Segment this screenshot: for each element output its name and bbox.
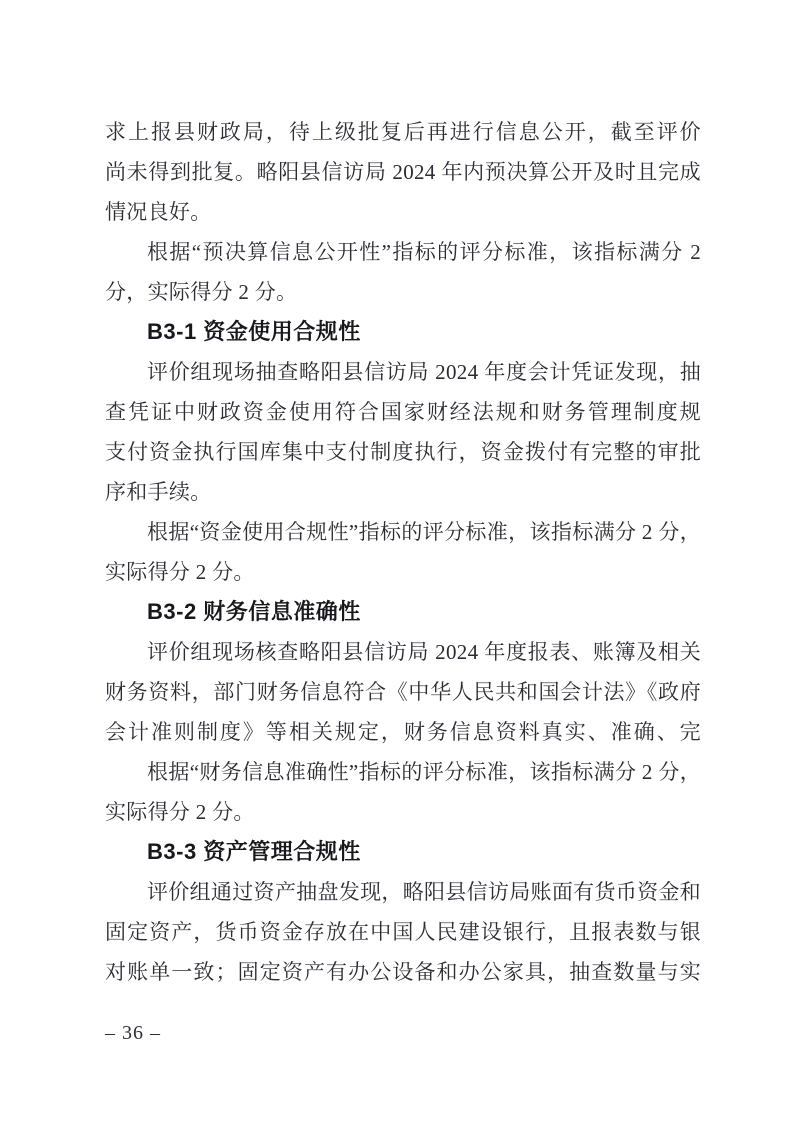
document-page: 求上报县财政局，待上级批复后再进行信息公开，截至评价日，尚未得到批复。略阳县信访… (0, 0, 793, 1122)
paragraph: 根据“财务信息准确性”指标的评分标准，该指标满分 2 分，实际得分 2 分。 (105, 752, 701, 832)
document-body: 求上报县财政局，待上级批复后再进行信息公开，截至评价日，尚未得到批复。略阳县信访… (105, 112, 701, 992)
text-line: 根据“资金使用合规性”指标的评分标准，该指标满分 2 分， (105, 512, 701, 552)
paragraph: 评价组现场核查略阳县信访局 2024 年度报表、账簿及相关财务资料，部门财务信息… (105, 632, 701, 752)
paragraph: 根据“预决算信息公开性”指标的评分标准，该指标满分 2分，实际得分 2 分。 (105, 232, 701, 312)
text-line: 情况良好。 (105, 192, 701, 232)
text-line: 根据“财务信息准确性”指标的评分标准，该指标满分 2 分， (105, 752, 701, 792)
text-line: 序和手续。 (105, 472, 701, 512)
text-line: 支付资金执行国库集中支付制度执行，资金拨付有完整的审批程 (105, 432, 701, 472)
text-line: 根据“预决算信息公开性”指标的评分标准，该指标满分 2 (105, 232, 701, 272)
section-heading: B3-3 资产管理合规性 (105, 832, 701, 872)
text-line: 评价组通过资产抽盘发现，略阳县信访局账面有货币资金和 (105, 872, 701, 912)
section-heading: B3-2 财务信息准确性 (105, 592, 701, 632)
text-line: 评价组现场抽查略阳县信访局 2024 年度会计凭证发现，抽 (105, 352, 701, 392)
text-line: 固定资产，货币资金存放在中国人民建设银行，且报表数与银行 (105, 912, 701, 952)
paragraph: 根据“资金使用合规性”指标的评分标准，该指标满分 2 分，实际得分 2 分。 (105, 512, 701, 592)
text-line: 查凭证中财政资金使用符合国家财经法规和财务管理制度规定， (105, 392, 701, 432)
section-heading: B3-1 资金使用合规性 (105, 312, 701, 352)
paragraph: 评价组通过资产抽盘发现，略阳县信访局账面有货币资金和固定资产，货币资金存放在中国… (105, 872, 701, 992)
text-line: 评价组现场核查略阳县信访局 2024 年度报表、账簿及相关 (105, 632, 701, 672)
page-footer: – 36 – (105, 1018, 161, 1048)
text-line: 财务资料，部门财务信息符合《中华人民共和国会计法》《政府 (105, 672, 701, 712)
text-line: 求上报县财政局，待上级批复后再进行信息公开，截至评价日， (105, 112, 701, 152)
text-line: 会计准则制度》等相关规定，财务信息资料真实、准确、完整。 (105, 712, 701, 752)
text-line: 实际得分 2 分。 (105, 552, 701, 592)
page-number: – 36 – (105, 1022, 161, 1044)
paragraph: 求上报县财政局，待上级批复后再进行信息公开，截至评价日，尚未得到批复。略阳县信访… (105, 112, 701, 232)
text-line: 尚未得到批复。略阳县信访局 2024 年内预决算公开及时且完成 (105, 152, 701, 192)
text-line: 实际得分 2 分。 (105, 792, 701, 832)
paragraph: 评价组现场抽查略阳县信访局 2024 年度会计凭证发现，抽查凭证中财政资金使用符… (105, 352, 701, 512)
text-line: 分，实际得分 2 分。 (105, 272, 701, 312)
text-line: 对账单一致；固定资产有办公设备和办公家具，抽查数量与实际 (105, 952, 701, 992)
